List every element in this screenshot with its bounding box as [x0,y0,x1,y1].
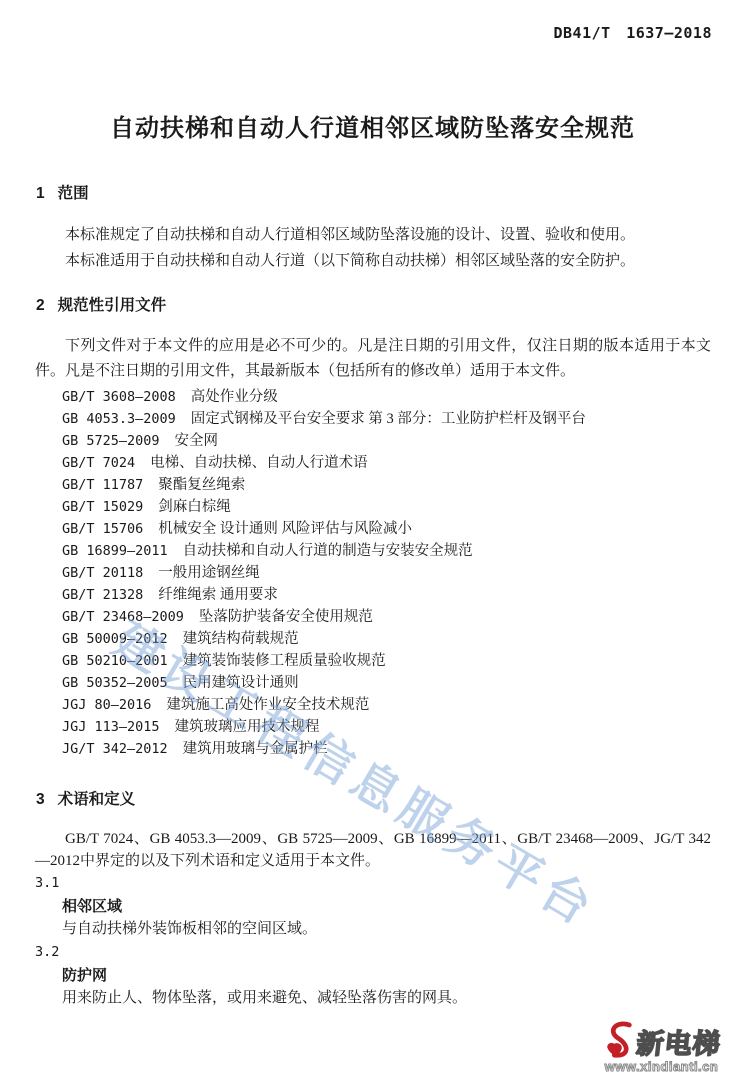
logo-brand-text: 新电梯 [634,1022,722,1061]
reference-code: GB 50352—2005 [62,675,168,691]
section-1-title: 范围 [58,185,89,202]
reference-item: GB/T 15706机械安全 设计通则 风险评估与风险减小 [35,518,735,540]
reference-code: GB 50009—2012 [62,631,168,647]
reference-code: GB/T 15029 [62,499,143,515]
reference-title: 建筑装饰装修工程质量验收规范 [183,653,386,669]
section-1-number: 1 [36,185,45,202]
reference-title: 民用建筑设计通则 [183,675,299,691]
logo-url-text: www.xindianti.cn [584,1059,739,1074]
reference-code: GB 5725—2009 [62,433,160,449]
section-3-heading: 3术语和定义 [36,787,135,809]
references-intro: 下列文件对于本文件的应用是必不可少的。凡是注日期的引用文件，仅注日期的版本适用于… [35,334,711,384]
xindianti-logo: 新电梯 www.xindianti.cn [584,1020,739,1074]
reference-item: GB/T 23468—2009坠落防护装备安全使用规范 [35,606,735,628]
term-number: 3.1 [35,872,711,895]
reference-title: 高处作业分级 [191,389,278,405]
reference-title: 电梯、自动扶梯、自动人行道术语 [150,455,368,471]
terms-intro: GB/T 7024、GB 4053.3—2009、GB 5725—2009、GB… [35,828,711,872]
reference-title: 自动扶梯和自动人行道的制造与安装安全规范 [183,543,473,559]
section-3-title: 术语和定义 [58,791,136,808]
reference-code: JG/T 342—2012 [62,741,168,757]
section-2-number: 2 [36,297,45,314]
section-1-heading: 1范围 [36,181,89,203]
scope-paragraph-1: 本标准规定了自动扶梯和自动人行道相邻区域防坠落设施的设计、设置、验收和使用。 [35,222,711,248]
term-definition: 用来防止人、物体坠落，或用来避免、减轻坠落伤害的网具。 [35,987,711,1010]
term-name: 相邻区域 [35,895,711,918]
reference-title: 建筑用玻璃与金属护栏 [183,741,328,757]
reference-title: 纤维绳索 通用要求 [158,587,278,603]
section-2-heading: 2规范性引用文件 [36,293,166,315]
reference-item: JGJ 80—2016建筑施工高处作业安全技术规范 [35,694,735,716]
xindianti-logo-icon [603,1020,635,1062]
section-3-number: 3 [36,791,45,808]
logo-row: 新电梯 [584,1020,739,1062]
section-2-title: 规范性引用文件 [58,297,167,314]
reference-code: GB/T 15706 [62,521,143,537]
term-number: 3.2 [35,941,711,964]
reference-title: 聚酯复丝绳索 [158,477,245,493]
reference-code: GB/T 21328 [62,587,143,603]
reference-item: GB/T 11787聚酯复丝绳索 [35,474,735,496]
document-page: 建设工程信息服务平台 DB41/T 1637—2018 自动扶梯和自动人行道相邻… [0,0,745,1085]
reference-title: 机械安全 设计通则 风险评估与风险减小 [158,521,412,537]
reference-item: JG/T 342—2012建筑用玻璃与金属护栏 [35,738,735,760]
reference-item: GB/T 15029剑麻白棕绳 [35,496,735,518]
reference-item: GB/T 20118一般用途钢丝绳 [35,562,735,584]
scope-paragraph-2: 本标准适用于自动扶梯和自动人行道（以下简称自动扶梯）相邻区域坠落的安全防护。 [35,248,711,274]
reference-title: 建筑结构荷载规范 [183,631,299,647]
term-entry-3-2: 3.2 防护网 用来防止人、物体坠落，或用来避免、减轻坠落伤害的网具。 [35,941,711,1010]
reference-code: GB/T 11787 [62,477,143,493]
term-definition: 与自动扶梯外装饰板相邻的空间区域。 [35,918,711,941]
reference-title: 坠落防护装备安全使用规范 [199,609,373,625]
reference-title: 建筑施工高处作业安全技术规范 [166,697,369,713]
reference-item: GB/T 7024电梯、自动扶梯、自动人行道术语 [35,452,735,474]
reference-title: 建筑玻璃应用技术规程 [175,719,320,735]
page-title: 自动扶梯和自动人行道相邻区域防坠落安全规范 [0,108,745,143]
term-entry-3-1: 3.1 相邻区域 与自动扶梯外装饰板相邻的空间区域。 [35,872,711,941]
reference-item: GB 50009—2012建筑结构荷载规范 [35,628,735,650]
reference-item: GB 50210—2001建筑装饰装修工程质量验收规范 [35,650,735,672]
reference-code: GB/T 20118 [62,565,143,581]
reference-title: 剑麻白棕绳 [158,499,231,515]
reference-code: GB 50210—2001 [62,653,168,669]
reference-title: 一般用途钢丝绳 [158,565,260,581]
reference-title: 固定式钢梯及平台安全要求 第 3 部分：工业防护栏杆及钢平台 [191,411,586,427]
reference-item: GB/T 3608—2008高处作业分级 [35,386,735,408]
reference-item: GB 5725—2009安全网 [35,430,735,452]
reference-code: JGJ 80—2016 [62,697,151,713]
reference-item: JGJ 113—2015建筑玻璃应用技术规程 [35,716,735,738]
reference-code: GB 4053.3—2009 [62,411,176,427]
term-name: 防护网 [35,964,711,987]
reference-title: 安全网 [175,433,219,449]
reference-item: GB 16899—2011自动扶梯和自动人行道的制造与安装安全规范 [35,540,735,562]
reference-code: JGJ 113—2015 [62,719,160,735]
reference-code: GB/T 3608—2008 [62,389,176,405]
reference-code: GB/T 23468—2009 [62,609,184,625]
header-doc-code: DB41/T 1637—2018 [554,24,713,42]
reference-item: GB 4053.3—2009固定式钢梯及平台安全要求 第 3 部分：工业防护栏杆… [35,408,735,430]
reference-list: GB/T 3608—2008高处作业分级GB 4053.3—2009固定式钢梯及… [35,386,735,760]
reference-code: GB 16899—2011 [62,543,168,559]
reference-code: GB/T 7024 [62,455,135,471]
reference-item: GB 50352—2005民用建筑设计通则 [35,672,735,694]
reference-item: GB/T 21328纤维绳索 通用要求 [35,584,735,606]
